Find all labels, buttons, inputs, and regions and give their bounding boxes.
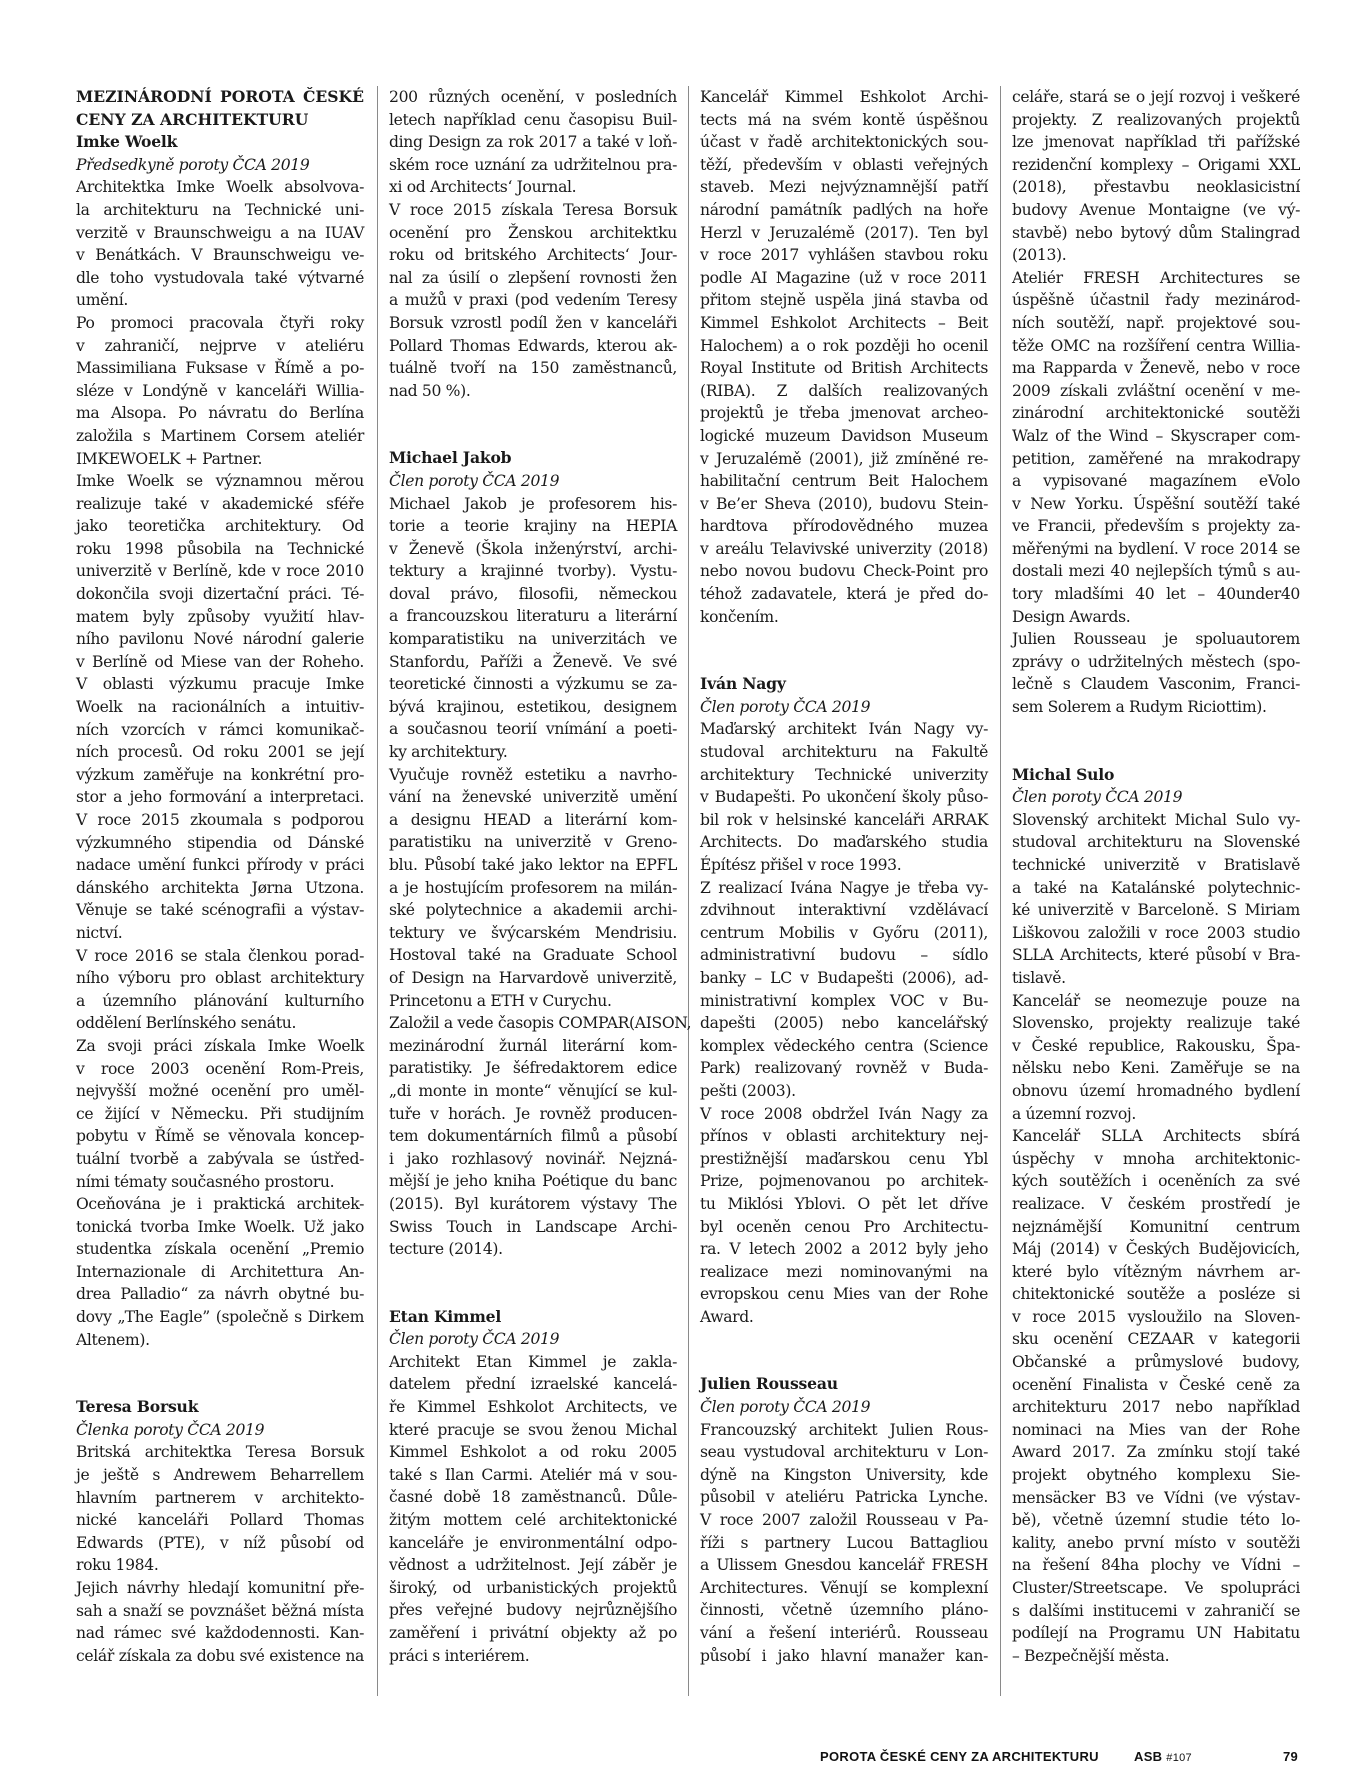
text-line: „di monte in monte“ věnující se kul- <box>389 1080 677 1103</box>
text-line: technické univerzitě v Bratislavě <box>1012 854 1300 877</box>
text-line: dánského architekta Jørna Utzona. <box>76 877 364 900</box>
text-line: Prize, pojmenovanou po architek- <box>700 1170 988 1193</box>
paragraph: 200 různých ocenění, v posledníchletech … <box>389 86 677 199</box>
juror-name: Michael Jakob <box>389 447 677 470</box>
text-line: kanceláře je environmentální odpo- <box>389 1532 677 1555</box>
text-line: tu Miklósi Yblovi. O pět let dříve <box>700 1193 988 1216</box>
text-line: 2009 získali zvláštní ocenění v me- <box>1012 380 1300 403</box>
section-gap <box>389 402 677 447</box>
text-line: zaměření i privátní objekty až po <box>389 1622 677 1645</box>
text-line: a designu HEAD a literární kom- <box>389 809 677 832</box>
issue-number: #107 <box>1166 1752 1192 1764</box>
juror-name: Teresa Borsuk <box>76 1396 364 1419</box>
text-line: ministrativní komplex VOC v Bu- <box>700 990 988 1013</box>
text-line: sléze v Londýně v kanceláři Willia- <box>76 380 364 403</box>
text-line: tonická tvorba Imke Woelk. Už jako <box>76 1216 364 1239</box>
footer-section-title: POROTA ČESKÉ CENY ZA ARCHITEKTURU <box>820 1749 1099 1764</box>
text-line: ních procesů. Od roku 2001 se její <box>76 741 364 764</box>
text-line: projektů je třeba jmenovat archeo- <box>700 402 988 425</box>
juror-role: Člen poroty ČCA 2019 <box>389 1328 677 1351</box>
text-line: ře Kimmel Eshkolot Architects, ve <box>389 1396 677 1419</box>
text-line: komplex vědeckého centra (Science <box>700 1035 988 1058</box>
text-line: říži s partnery Lucou Battagliou <box>700 1532 988 1555</box>
paragraph: Jejich návrhy hledají komunitní pře-sah … <box>76 1577 364 1667</box>
text-line: Cluster/Streetscape. Ve spolupráci <box>1012 1577 1300 1600</box>
text-line: Liškovou založili v roce 2003 studio <box>1012 922 1300 945</box>
text-line: dostali mezi 40 nejlepších týmů s au- <box>1012 560 1300 583</box>
text-line: dokončila svoji dizertační práci. Té- <box>76 583 364 606</box>
paragraph: V roce 2008 obdržel Iván Nagy zapřínos v… <box>700 1103 988 1329</box>
text-line: Maďarský architekt Iván Nagy vy- <box>700 718 988 741</box>
text-line: doval právo, filosofii, německou <box>389 583 677 606</box>
text-line: zinárodní architektonické soutěži <box>1012 402 1300 425</box>
text-line: chitektonické soutěže a posléze si <box>1012 1283 1300 1306</box>
text-line: Woelk na racionálních a intuitiv- <box>76 696 364 719</box>
text-line: úspěšně účastnil řady mezinárod- <box>1012 289 1300 312</box>
paragraph: Kancelář SLLA Architects sbíráúspěchy v … <box>1012 1125 1300 1667</box>
text-line: – Bezpečnější města. <box>1012 1645 1300 1668</box>
text-line: časné době 18 zaměstnanců. Důle- <box>389 1486 677 1509</box>
text-line: prestižnější maďarskou cenu Ybl <box>700 1148 988 1171</box>
text-line: ního výboru pro oblast architektury <box>76 967 364 990</box>
text-line: tects má na svém kontě úspěšnou <box>700 109 988 132</box>
paragraph: Slovenský architekt Michal Sulo vy-studo… <box>1012 809 1300 990</box>
text-line: vání a řešení interiérů. Rousseau <box>700 1622 988 1645</box>
text-line: V roce 2008 obdržel Iván Nagy za <box>700 1103 988 1126</box>
text-line: tuálně tvoří na 150 zaměstnanců, <box>389 357 677 380</box>
text-line: xi od Architects‘ Journal. <box>389 176 677 199</box>
text-line: rezidenční komplexy – Origami XXL <box>1012 154 1300 177</box>
text-line: nebo novou budovu Check-Point pro <box>700 560 988 583</box>
text-line: Architektka Imke Woelk absolvova- <box>76 176 364 199</box>
text-line: verzitě v Braunschweigu a na IUAV <box>76 222 364 245</box>
juror-role: Člen poroty ČCA 2019 <box>700 696 988 719</box>
text-line: tektury a krajinné tvorby). Vystu- <box>389 560 677 583</box>
text-line: v Berlíně od Miese van der Roheho. <box>76 651 364 674</box>
text-line: a územního plánování kulturního <box>76 990 364 1013</box>
article-title-line: MEZINÁRODNÍ POROTA ČESKÉ <box>76 86 364 109</box>
juror-name: Iván Nagy <box>700 673 988 696</box>
text-line: umění. <box>76 289 364 312</box>
text-line: v Jeruzalémě (2001), již zmíněné re- <box>700 448 988 471</box>
text-line: Halochem) a o rok později ho ocenil <box>700 335 988 358</box>
text-line: Julien Rousseau je spoluautorem <box>1012 628 1300 651</box>
text-line: tory mladšími 40 let – 40under40 <box>1012 583 1300 606</box>
text-line: nad rámec své každodennosti. Kan- <box>76 1622 364 1645</box>
text-line: sah a snaží se povznášet běžná místa <box>76 1600 364 1623</box>
text-line: bývá krajinou, estetikou, designem <box>389 696 677 719</box>
text-line: V roce 2016 se stala členkou porad- <box>76 945 364 968</box>
text-line: lečně s Claudem Vasconim, Franci- <box>1012 673 1300 696</box>
text-line: Slovensko, projekty realizuje také <box>1012 1012 1300 1035</box>
text-line: byl oceněn cenou Pro Architectu- <box>700 1216 988 1239</box>
text-line: mezinárodní žurnál literární kom- <box>389 1035 677 1058</box>
text-line: ocenění Finalista v České ceně za <box>1012 1374 1300 1397</box>
text-line: i jako rozhlasový novinář. Nejzná- <box>389 1148 677 1171</box>
text-line: datelem přední izraelské kancelá- <box>389 1373 677 1396</box>
paragraph: Britská architektka Teresa Borsukje ješt… <box>76 1441 364 1577</box>
text-line: činnosti, včetně územního pláno- <box>700 1599 988 1622</box>
text-line: realizuje také v akademické sféře <box>76 493 364 516</box>
text-line: zdvihnout interaktivní vzdělávací <box>700 899 988 922</box>
column-divider <box>377 86 378 1696</box>
text-line: ském roce uznání za udržitelnou pra- <box>389 154 677 177</box>
text-line: Imke Woelk se významnou měrou <box>76 470 364 493</box>
text-line: Britská architektka Teresa Borsuk <box>76 1441 364 1464</box>
text-line: letech například cenu časopisu Buil- <box>389 109 677 132</box>
text-line: stavbě) nebo bytový dům Stalingrad <box>1012 222 1300 245</box>
text-line: roku 1984. <box>76 1554 364 1577</box>
text-line: (2018), přestavbu neoklasicistní <box>1012 176 1300 199</box>
text-line: ního pavilonu Nové národní galerie <box>76 628 364 651</box>
text-line: vání na ženevské univerzitě umění <box>389 786 677 809</box>
text-line: působil v ateliéru Patricka Lynche. <box>700 1486 988 1509</box>
text-line: Swiss Touch in Landscape Archi- <box>389 1216 677 1239</box>
text-line: Máj (2014) v Českých Budějovicích, <box>1012 1238 1300 1261</box>
text-line: teoretické činnosti a výzkumu se za- <box>389 673 677 696</box>
text-line: úspěchy v mnoha architektonic- <box>1012 1148 1300 1171</box>
text-line: V roce 2007 založil Rousseau v Pa- <box>700 1509 988 1532</box>
text-line: a územní rozvoj. <box>1012 1103 1300 1126</box>
text-line: bě), včetně územní studie této lo- <box>1012 1509 1300 1532</box>
juror-name: Etan Kimmel <box>389 1306 677 1329</box>
column-divider <box>688 86 689 1696</box>
text-line: Herzl v Jeruzalémě (2017). Ten byl <box>700 222 988 245</box>
text-line: roku 1998 působila na Technické <box>76 538 364 561</box>
text-line: v New Yorku. Úspěšní soutěží také <box>1012 493 1300 516</box>
paragraph: Po promoci pracovala čtyři rokyv zahrani… <box>76 312 364 470</box>
text-line: Walz of the Wind – Skyscraper com- <box>1012 425 1300 448</box>
text-line: kality, anebo první místo v soutěži <box>1012 1532 1300 1555</box>
text-line: ma Rapparda v Ženevě, nebo v roce <box>1012 357 1300 380</box>
text-line: téhož zadavatele, která je před do- <box>700 583 988 606</box>
text-line: nad 50 %). <box>389 380 677 403</box>
text-line: podílejí na Programu UN Habitatu <box>1012 1622 1300 1645</box>
text-line: výzkumného stipendia od Dánské <box>76 832 364 855</box>
text-line: tem dokumentárních filmů a působí <box>389 1125 677 1148</box>
text-line: dle toho vystudovala také výtvarné <box>76 267 364 290</box>
text-line: na řešení 84ha plochy ve Vídni – <box>1012 1554 1300 1577</box>
text-line: měřenými na bydlení. V roce 2014 se <box>1012 538 1300 561</box>
text-line: nominaci na Mies van der Rohe <box>1012 1419 1300 1442</box>
text-line: Architects. Do maďarského studia <box>700 831 988 854</box>
text-line: a Ulissem Gnesdou kancelář FRESH <box>700 1554 988 1577</box>
text-line: tecture (2014). <box>389 1238 677 1261</box>
text-line: dapešti (2005) nebo kancelářský <box>700 1012 988 1035</box>
text-line: studoval architekturu na Fakultě <box>700 741 988 764</box>
text-line: centrum Mobilis v Győru (2011), <box>700 922 988 945</box>
text-line: realizace mezi nominovanými na <box>700 1261 988 1284</box>
text-line: v Benátkách. V Braunschweigu ve- <box>76 244 364 267</box>
paragraph: Z realizací Ivána Nagye je třeba vy-zdvi… <box>700 877 988 1103</box>
text-line: v roce 2017 vyhlášen stavbou roku <box>700 244 988 267</box>
text-line: torie a teorie krajiny na HEPIA <box>389 515 677 538</box>
text-line: Kancelář Kimmel Eshkolot Archi- <box>700 86 988 109</box>
text-line: které bylo vítězným návrhem ar- <box>1012 1261 1300 1284</box>
text-line: přitom stejně uspěla jiná stavba od <box>700 289 988 312</box>
text-line: a je hostujícím profesorem na milán- <box>389 877 677 900</box>
text-line: které pracuje se svou ženou Michal <box>389 1419 677 1442</box>
text-line: Stanfordu, Paříži a Ženevě. Ve své <box>389 651 677 674</box>
text-line: Vyučuje rovněž estetiku a navrho- <box>389 764 677 787</box>
text-line: ocenění pro Ženskou architektku <box>389 222 677 245</box>
text-line: nictví. <box>76 922 364 945</box>
text-line: v roce 2015 vysloužilo na Sloven- <box>1012 1306 1300 1329</box>
juror-name: Imke Woelk <box>76 131 364 154</box>
text-line: těží, především v oblasti veřejných <box>700 154 988 177</box>
text-line: projekt obytného komplexu Sie- <box>1012 1464 1300 1487</box>
juror-name: Julien Rousseau <box>700 1373 988 1396</box>
text-line: Altenem). <box>76 1329 364 1352</box>
text-line: Design Awards. <box>1012 606 1300 629</box>
text-line: oddělení Berlínského senátu. <box>76 1012 364 1035</box>
text-line: Kimmel Eshkolot a od roku 2005 <box>389 1441 677 1464</box>
text-line: dovy „The Eagle” (společně s Dirkem <box>76 1306 364 1329</box>
text-line: v areálu Telavivské univerzity (2018) <box>700 538 988 561</box>
juror-role: Člen poroty ČCA 2019 <box>700 1396 988 1419</box>
paragraph: Vyučuje rovněž estetiku a navrho-vání na… <box>389 764 677 1013</box>
text-line: roku od britského Architects‘ Jour- <box>389 244 677 267</box>
text-line: přes veřejné budovy nejrůznějšího <box>389 1599 677 1622</box>
text-line: studentka získala ocenění „Premio <box>76 1238 364 1261</box>
text-line: ské polytechnice a akademii archi- <box>389 899 677 922</box>
text-line: sku ocenění CEZAAR v kategorii <box>1012 1328 1300 1351</box>
text-line: ké univerzitě v Barceloně. S Miriam <box>1012 899 1300 922</box>
text-line: V roce 2015 získala Teresa Borsuk <box>389 199 677 222</box>
text-line: a francouzskou literaturu a literární <box>389 605 677 628</box>
text-line: ních vzorcích v rámci komunikač- <box>76 719 364 742</box>
text-line: hlavním partnerem v architekto- <box>76 1487 364 1510</box>
text-line: založila s Martinem Corsem ateliér <box>76 425 364 448</box>
text-line: ky architektury. <box>389 741 677 764</box>
text-column-3: Kancelář Kimmel Eshkolot Archi-tects má … <box>700 86 988 1667</box>
text-line: Pollard Thomas Edwards, kterou ak- <box>389 335 677 358</box>
text-line: zprávy o udržitelných městech (spo- <box>1012 651 1300 674</box>
section-gap <box>76 1351 364 1396</box>
text-line: architekturu 2017 nebo například <box>1012 1396 1300 1419</box>
text-line: Borsuk vzrostl podíl žen v kanceláři <box>389 312 677 335</box>
text-line: Kimmel Eshkolot Architects – Beit <box>700 312 988 335</box>
text-line: pobytu v Římě se věnovala koncep- <box>76 1125 364 1148</box>
text-line: Építész přišel v roce 1993. <box>700 854 988 877</box>
text-line: kých soutěžích i oceněních za své <box>1012 1170 1300 1193</box>
text-line: přínos v oblasti architektury nej- <box>700 1125 988 1148</box>
paragraph: V roce 2015 získala Teresa Borsukocenění… <box>389 199 677 402</box>
text-line: je ještě s Andrewem Beharrellem <box>76 1464 364 1487</box>
paragraph: Kancelář Kimmel Eshkolot Archi-tects má … <box>700 86 988 628</box>
text-line: těže OMC na rozšíření centra Willia- <box>1012 335 1300 358</box>
text-line: Hostoval také na Graduate School <box>389 944 677 967</box>
text-line: komparatistiku na univerzitách ve <box>389 628 677 651</box>
text-line: Věnuje se také scénografii a výstav- <box>76 899 364 922</box>
text-line: architektury Technické univerzity <box>700 764 988 787</box>
text-line: tuře v horách. Je rovněž producen- <box>389 1103 677 1126</box>
text-line: banky – LC v Budapešti (2006), ad- <box>700 967 988 990</box>
text-line: Za svoji práci získala Imke Woelk <box>76 1035 364 1058</box>
text-line: logické muzeum Davidson Museum <box>700 425 988 448</box>
text-line: IMKEWOELK + Partner. <box>76 448 364 471</box>
section-gap <box>700 628 988 673</box>
text-line: la architekturu na Technické uni- <box>76 199 364 222</box>
text-column-4: celáře, stará se o její rozvoj i veškeré… <box>1012 86 1300 1667</box>
text-line: dýně na Kingston University, kde <box>700 1464 988 1487</box>
text-line: široký, od urbanistických projektů <box>389 1577 677 1600</box>
text-line: of Design na Harvardově univerzitě, <box>389 967 677 990</box>
text-line: paratistiky. Je šéfredaktorem edice <box>389 1057 677 1080</box>
text-line: Francouzský architekt Julien Rous- <box>700 1419 988 1442</box>
juror-role: Člen poroty ČCA 2019 <box>1012 786 1300 809</box>
juror-role: Předsedkyně poroty ČCA 2019 <box>76 154 364 177</box>
text-line: (RIBA). Z dalších realizovaných <box>700 380 988 403</box>
text-line: práci s interiérem. <box>389 1645 677 1668</box>
text-line: v Ženevě (Škola inženýrství, archi- <box>389 538 677 561</box>
text-line: Z realizací Ivána Nagye je třeba vy- <box>700 877 988 900</box>
text-line: blu. Působí také jako lektor na EPFL <box>389 854 677 877</box>
text-line: sem Solerem a Rudym Riciottim). <box>1012 696 1300 719</box>
text-line: a vypisované magazínem eVolo <box>1012 470 1300 493</box>
article-title: MEZINÁRODNÍ POROTA ČESKÉ CENY ZA ARCHITE… <box>76 86 364 131</box>
text-line: ce žijící v Německu. Při studijním <box>76 1103 364 1126</box>
text-line: Slovenský architekt Michal Sulo vy- <box>1012 809 1300 832</box>
text-line: celáře, stará se o její rozvoj i veškeré <box>1012 86 1300 109</box>
text-line: ních soutěží, např. projektové sou- <box>1012 312 1300 335</box>
text-line: Princetonu a ETH v Curychu. <box>389 990 677 1013</box>
text-line: pešti (2003). <box>700 1080 988 1103</box>
text-line: paratistiku na univerzitě v Greno- <box>389 831 677 854</box>
text-line: Občanské a průmyslové budovy, <box>1012 1351 1300 1374</box>
text-line: v zahraničí, nejprve v ateliéru <box>76 335 364 358</box>
text-line: Ateliér FRESH Architectures se <box>1012 267 1300 290</box>
text-line: seau vystudoval architekturu v Lon- <box>700 1441 988 1464</box>
text-line: Kancelář se neomezuje pouze na <box>1012 990 1300 1013</box>
magazine-page: MEZINÁRODNÍ POROTA ČESKÉ CENY ZA ARCHITE… <box>0 0 1359 1772</box>
text-line: budovy Avenue Montaigne (ve vý- <box>1012 199 1300 222</box>
juror-role: Členka poroty ČCA 2019 <box>76 1419 364 1442</box>
text-line: Edwards (PTE), v níž působí od <box>76 1532 364 1555</box>
page-number: 79 <box>1283 1749 1298 1764</box>
paragraph: Architekt Etan Kimmel je zakla-datelem p… <box>389 1351 677 1667</box>
text-line: výzkum zaměřuje na konkrétní pro- <box>76 764 364 787</box>
text-line: tislavě. <box>1012 967 1300 990</box>
text-line: Kancelář SLLA Architects sbírá <box>1012 1125 1300 1148</box>
text-line: Royal Institute od British Architects <box>700 357 988 380</box>
paragraph: Francouzský architekt Julien Rous-seau v… <box>700 1419 988 1668</box>
text-line: Po promoci pracovala čtyři roky <box>76 312 364 335</box>
text-line: ma Alsopa. Po návratu do Berlína <box>76 402 364 425</box>
text-line: hardtova přírodovědného muzea <box>700 515 988 538</box>
text-line: ra. V letech 2002 a 2012 byly jeho <box>700 1238 988 1261</box>
paragraph: Ateliér FRESH Architectures seúspěšně úč… <box>1012 267 1300 629</box>
section-gap <box>700 1328 988 1373</box>
text-line: Award 2017. Za zmínku stojí také <box>1012 1441 1300 1464</box>
text-line: Architekt Etan Kimmel je zakla- <box>389 1351 677 1374</box>
text-line: Založil a vede časopis COMPAR(AISON, <box>389 1012 677 1035</box>
text-line: Oceňována je i praktická architek- <box>76 1193 364 1216</box>
text-line: Award. <box>700 1306 988 1329</box>
text-line: ními tématy současného prostoru. <box>76 1171 364 1194</box>
text-line: s dalšími institucemi v zahraničí se <box>1012 1600 1300 1623</box>
text-line: drea Palladio“ za návrh obytné bu- <box>76 1283 364 1306</box>
text-line: v České republice, Rakousku, Špa- <box>1012 1035 1300 1058</box>
text-line: končením. <box>700 606 988 629</box>
paragraph: Architektka Imke Woelk absolvova-la arch… <box>76 176 364 312</box>
text-line: 200 různých ocenění, v posledních <box>389 86 677 109</box>
paragraph: Za svoji práci získala Imke Woelkv roce … <box>76 1035 364 1193</box>
text-line: projekty. Z realizovaných projektů <box>1012 109 1300 132</box>
text-line: nal za úsilí o zlepšení rovnosti žen <box>389 267 677 290</box>
text-line: nické kanceláři Pollard Thomas <box>76 1509 364 1532</box>
text-line: jako teoretička architektury. Od <box>76 515 364 538</box>
text-line: a mužů v praxi (pod vedením Teresy <box>389 289 677 312</box>
text-line: vědnost a udržitelnost. Její záběr je <box>389 1554 677 1577</box>
text-line: tektury ve švýcarském Mendrisiu. <box>389 922 677 945</box>
section-gap <box>1012 719 1300 764</box>
text-line: petition, zaměřené na mrakodrapy <box>1012 448 1300 471</box>
paragraph: Maďarský architekt Iván Nagy vy-studoval… <box>700 718 988 876</box>
section-gap <box>389 1261 677 1306</box>
paragraph: Kancelář se neomezuje pouze naSlovensko,… <box>1012 990 1300 1126</box>
text-line: v Be’er Sheva (2010), budovu Stein- <box>700 493 988 516</box>
text-line: Massimiliana Fuksase v Římě a po- <box>76 357 364 380</box>
juror-role: Člen poroty ČCA 2019 <box>389 470 677 493</box>
paragraph: celáře, stará se o její rozvoj i veškeré… <box>1012 86 1300 267</box>
text-line: ding Design za rok 2017 a také v loň- <box>389 131 677 154</box>
text-line: a současnou teorií vnímání a poeti- <box>389 718 677 741</box>
text-line: (2015). Byl kurátorem výstavy The <box>389 1193 677 1216</box>
text-line: ve Francii, především s projekty za- <box>1012 515 1300 538</box>
text-line: působí i jako hlavní manažer kan- <box>700 1645 988 1668</box>
text-line: V roce 2015 zkoumala s podporou <box>76 809 364 832</box>
text-line: v Budapešti. Po ukončení školy půso- <box>700 786 988 809</box>
text-line: také s Ilan Carmi. Ateliér má v sou- <box>389 1464 677 1487</box>
text-column-1: MEZINÁRODNÍ POROTA ČESKÉ CENY ZA ARCHITE… <box>76 86 364 1667</box>
text-line: staveb. Mezi nejvýznamnější patří <box>700 176 988 199</box>
text-line: V oblasti výzkumu pracuje Imke <box>76 673 364 696</box>
paragraph: V roce 2016 se stala členkou porad-ního … <box>76 945 364 1035</box>
text-line: celář získala za dobu své existence na <box>76 1645 364 1668</box>
text-line: bil rok v helsinské kanceláři ARRAK <box>700 809 988 832</box>
text-line: Internazionale di Architettura An- <box>76 1261 364 1284</box>
text-line: tuální tvorbě a zabývala se ústřed- <box>76 1148 364 1171</box>
text-line: podle AI Magazine (už v roce 2011 <box>700 267 988 290</box>
text-line: mensäcker B3 ve Vídni (ve výstav- <box>1012 1487 1300 1510</box>
text-line: SLLA Architects, které působí v Bra- <box>1012 944 1300 967</box>
text-line: (2013). <box>1012 244 1300 267</box>
page-footer: POROTA ČESKÉ CENY ZA ARCHITEKTURU ASB #1… <box>820 1749 1300 1771</box>
paragraph: Imke Woelk se významnou měrourealizuje t… <box>76 470 364 944</box>
paragraph: Julien Rousseau je spoluautoremzprávy o … <box>1012 628 1300 718</box>
text-line: účast v řadě architektonických sou- <box>700 131 988 154</box>
column-divider <box>1000 86 1001 1696</box>
text-line: lze jmenovat například tři pařížské <box>1012 131 1300 154</box>
text-line: Park) realizovaný rovněž v Buda- <box>700 1057 988 1080</box>
text-line: obnovu území hromadného bydlení <box>1012 1080 1300 1103</box>
text-line: nejznámější Komunitní centrum <box>1012 1216 1300 1239</box>
paragraph: Michael Jakob je profesorem his-torie a … <box>389 493 677 764</box>
footer-magazine: ASB #107 <box>1134 1749 1192 1764</box>
text-line: mější je jeho kniha Poétique du banc <box>389 1170 677 1193</box>
text-line: habilitační centrum Beit Halochem <box>700 470 988 493</box>
text-line: evropskou cenu Mies van der Rohe <box>700 1283 988 1306</box>
text-line: nělsku nebo Keni. Zaměřuje se na <box>1012 1057 1300 1080</box>
text-line: v roce 2003 ocenění Rom-Preis, <box>76 1058 364 1081</box>
text-line: národní památník padlých na hoře <box>700 199 988 222</box>
text-line: nejvyšší možné ocenění pro uměl- <box>76 1080 364 1103</box>
text-line: a také na Katalánské polytechnic- <box>1012 877 1300 900</box>
text-line: Jejich návrhy hledají komunitní pře- <box>76 1577 364 1600</box>
text-line: stor a jeho formování a interpretaci. <box>76 786 364 809</box>
text-line: univerzitě v Berlíně, kde v roce 2010 <box>76 560 364 583</box>
